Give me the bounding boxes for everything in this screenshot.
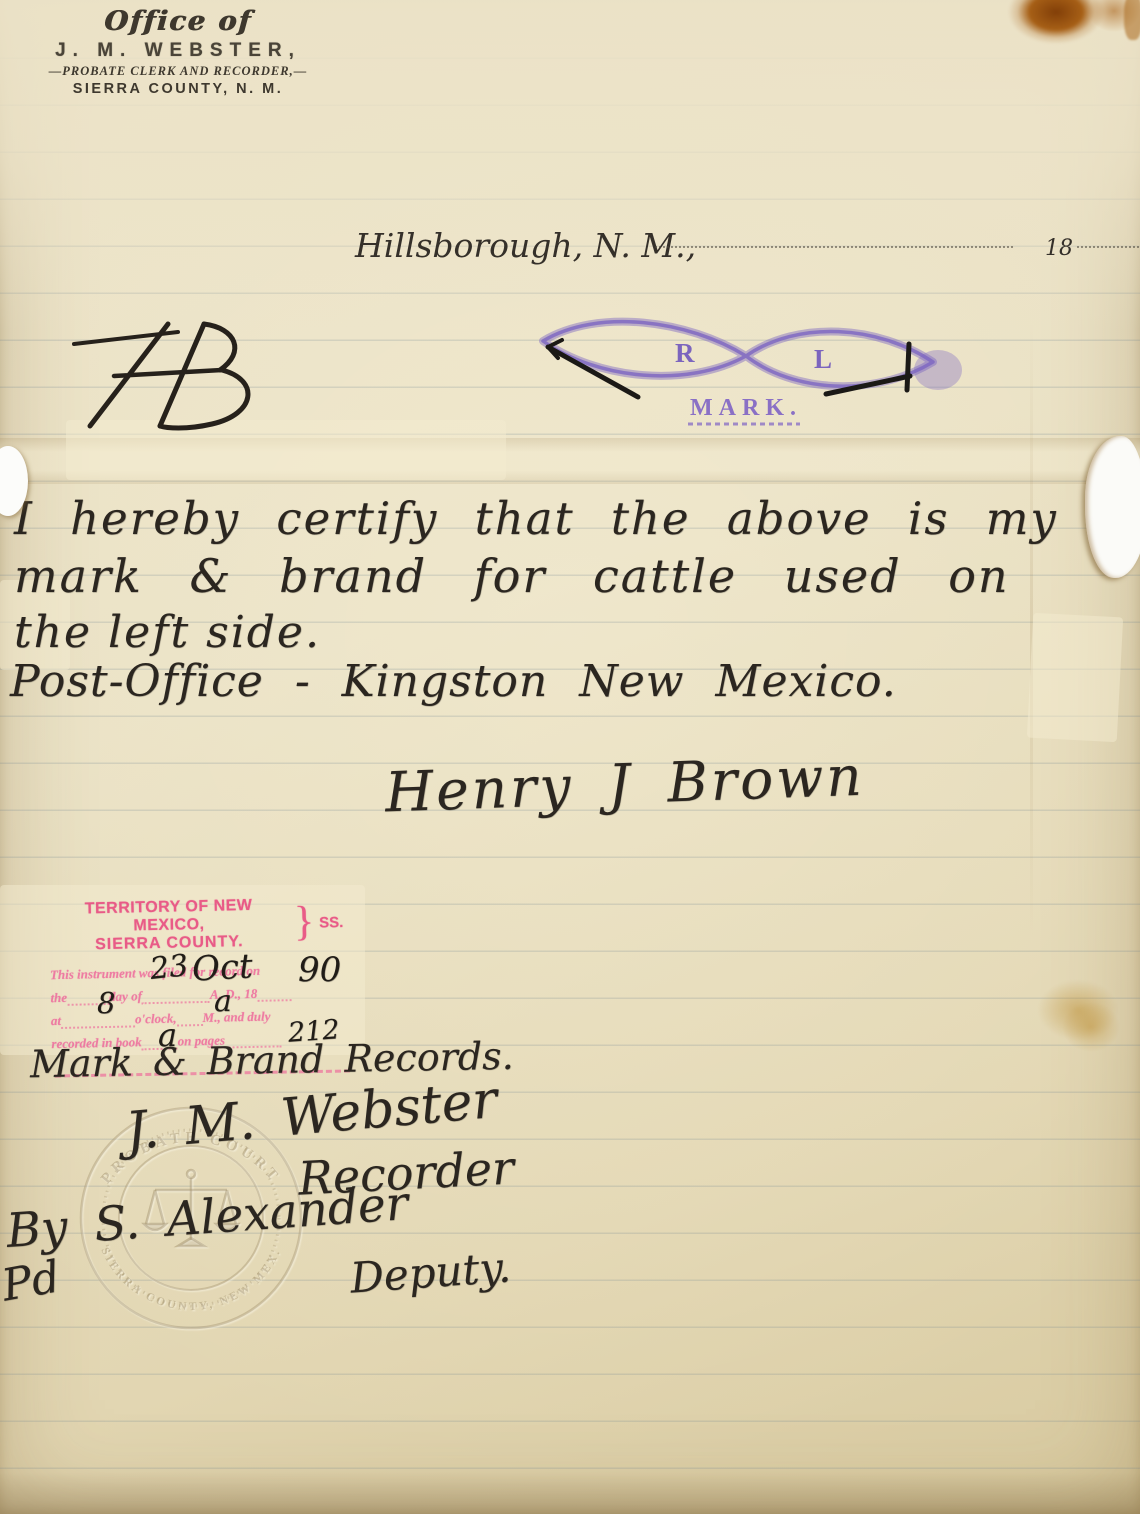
hb-brand-monogram	[68, 312, 338, 447]
stamp-l3a: at	[51, 1013, 61, 1029]
seal-bottom-text: SIERRA COUNTY, NEW MEX.	[98, 1246, 283, 1313]
body-line-1: I hereby certify that the above is my	[14, 492, 1058, 545]
body-line-2: mark & brand for cattle used on	[14, 549, 1010, 603]
stamp-brace: }	[294, 904, 315, 942]
ear-mark-stamp: R L MARK.	[538, 300, 968, 435]
dateline: Hillsborough, N. M., 18	[355, 226, 1140, 272]
tape-patch	[1027, 613, 1123, 743]
filing-stamp-header: TERRITORY OF NEW MEXICO, SIERRA COUNTY. …	[48, 895, 354, 955]
dateline-leader	[655, 246, 1013, 248]
letterhead-county: SIERRA COUNTY, N. M.	[28, 81, 328, 97]
rust-stain	[1124, 0, 1140, 40]
stain	[1062, 1002, 1120, 1052]
left-ear-letter: L	[814, 344, 832, 374]
mark-caption: MARK.	[690, 395, 802, 421]
bottom-edge-shadow	[0, 1472, 1140, 1514]
stamp-l2a: the	[50, 990, 67, 1006]
letterhead-title: —PROBATE CLERK AND RECORDER,—	[28, 64, 328, 79]
hw-ampm: a	[214, 984, 232, 1019]
letterhead-name: J. M. WEBSTER,	[28, 40, 328, 62]
paper-tear-hole	[1085, 436, 1140, 578]
hw-hour: 8	[97, 986, 115, 1020]
hw-day: 23	[148, 948, 190, 987]
letterhead-office-of: Office of	[27, 6, 329, 37]
dateline-century: 18	[1045, 236, 1073, 261]
hw-year: 90	[298, 950, 341, 990]
body-line-4: Post-Office - Kingston New Mexico.	[10, 656, 897, 707]
stamp-territory: TERRITORY OF NEW MEXICO,	[48, 896, 289, 937]
body-line-3: the left side.	[14, 607, 321, 658]
stamp-l3c: M., and duly	[202, 1009, 270, 1026]
scanned-document-page: PROBATE COURT SIERRA COUNTY, NEW MEX. Of…	[0, 0, 1140, 1514]
dateline-leader	[1077, 246, 1139, 248]
letterhead: Office of J. M. WEBSTER, —PROBATE CLERK …	[28, 6, 328, 97]
right-ear-letter: R	[675, 338, 695, 368]
dateline-place: Hillsborough, N. M.,	[355, 226, 696, 265]
paid-note: Pd	[0, 1251, 64, 1311]
stamp-ss: SS.	[319, 914, 344, 932]
